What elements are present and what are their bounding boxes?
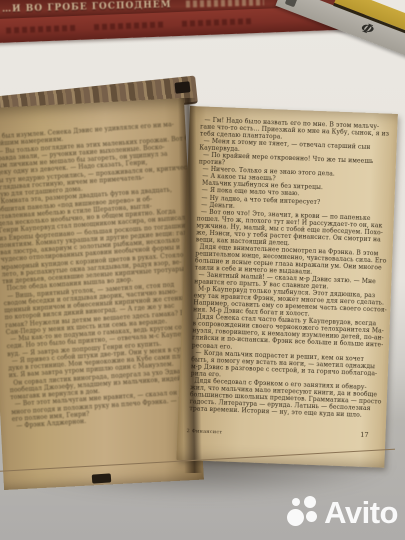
left-page-text: не был изумлен. Сенека Дэвис не удивлялс…: [0, 121, 196, 430]
left-page: не был изумлен. Сенека Дэвис не удивлялс…: [0, 98, 204, 490]
avito-logo-icon: [287, 496, 320, 530]
spine-illegible-text: [186, 0, 264, 8]
spine-title-text: …И ВО ГРОБЕ ГОСПОДНЕМ: [2, 0, 172, 14]
avito-watermark-label: Avito: [324, 495, 398, 531]
worn-notch: [174, 81, 190, 94]
avito-watermark: Avito: [287, 495, 398, 531]
spine-embossed-text: [94, 22, 164, 31]
page-number: 17: [360, 431, 369, 439]
worn-notch: [92, 473, 112, 483]
publisher-emblem-icon: [285, 0, 298, 7]
photo-open-book: …И ВО ГРОБЕ ГОСПОДНЕМ Ф не был изумлен. …: [0, 0, 405, 540]
spine-embossed-text: [182, 18, 252, 27]
right-page: — Гм! Надо было назвать его по мне. В эт…: [176, 106, 397, 468]
spine-embossed-text: [6, 25, 76, 34]
right-page-text: — Гм! Надо было назвать его по мне. В эт…: [189, 116, 392, 419]
spine-letter: Ф: [358, 21, 377, 39]
